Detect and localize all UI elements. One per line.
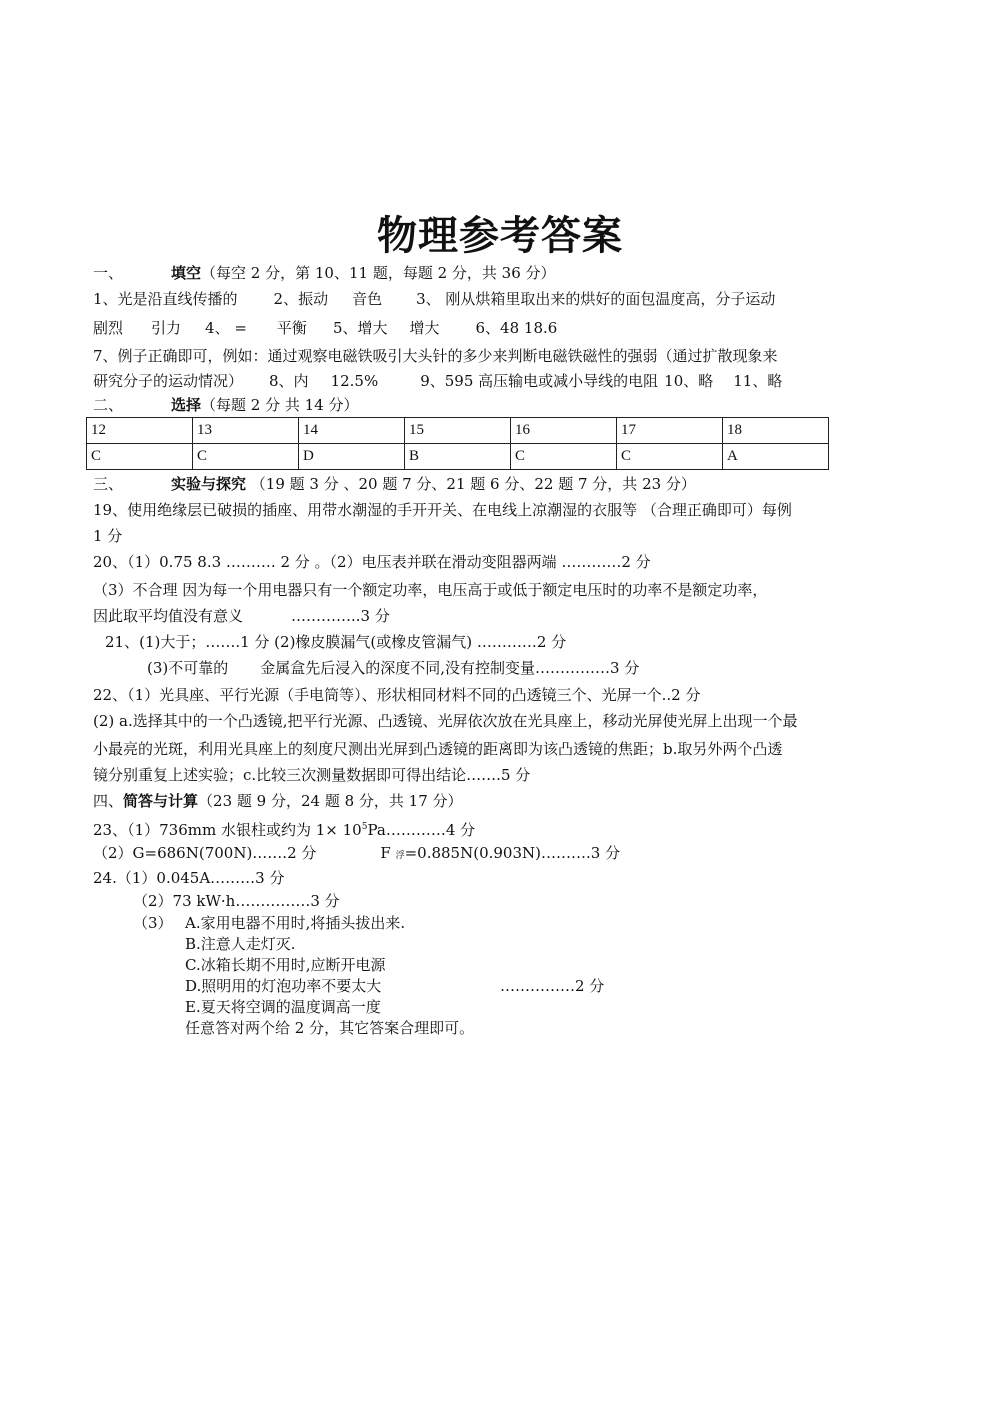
answer-22-1: 22、（1）光具座、平行光源（手电筒等）、形状相同材料不同的凸透镜三个、光屏一个… xyxy=(93,685,700,705)
answer-8a: 8、内 xyxy=(269,372,309,390)
section-4-heading: 四、简答与计算（23 题 9 分，24 题 8 分，共 17 分） xyxy=(93,791,463,811)
table-cell: 13 xyxy=(193,418,299,444)
answer-19-cont: 1 分 xyxy=(93,526,122,546)
answer-21: 21、(1)大于；…….1 分 (2)橡皮膜漏气(或橡皮管漏气) …………2 分 xyxy=(105,632,566,652)
table-cell: C xyxy=(617,444,723,470)
section-number: 三、 xyxy=(93,475,123,493)
answer-24-3-label: （3） xyxy=(133,913,173,933)
section-note: （23 题 9 分，24 题 8 分，共 17 分） xyxy=(198,792,463,810)
answer-7-cont: 研究分子的运动情况） xyxy=(93,372,243,390)
section-number: 一、 xyxy=(93,264,123,282)
section-number: 二、 xyxy=(93,396,123,414)
table-cell: C xyxy=(87,444,193,470)
answer-23-2: （2）G=686N(700N)…….2 分F 浮=0.885N(0.903N)…… xyxy=(93,843,620,866)
answer-24-3-score: ……………2 分 xyxy=(500,976,604,996)
answer-line: 剧烈引力4、 =平衡5、增大增大6、48 18.6 xyxy=(93,318,557,338)
answer-24-3-a: A.家用电器不用时,将插头拔出来. xyxy=(185,913,405,933)
answer-4b: 平衡 xyxy=(277,319,307,337)
answer-24-3-b: B.注意人走灯灭. xyxy=(185,934,296,954)
table-row-answers: C C D B C C A xyxy=(87,444,829,470)
answer-7: 7、例子正确即可，例如：通过观察电磁铁吸引大头针的多少来判断电磁铁磁性的强弱（通… xyxy=(93,346,778,366)
answer-text: F xyxy=(380,844,395,862)
answer-21-3b: 金属盒先后浸入的深度不同,没有控制变量……………3 分 xyxy=(260,659,639,677)
choice-answer-table: 12 13 14 15 16 17 18 C C D B C C A xyxy=(86,417,829,470)
answer-4a: 4、 = xyxy=(205,319,247,337)
table-cell: D xyxy=(299,444,405,470)
answer-22-2: (2) a.选择其中的一个凸透镜,把平行光源、凸透镜、光屏依次放在光具座上，移动… xyxy=(93,711,798,731)
table-cell: 18 xyxy=(723,418,829,444)
answer-19: 19、使用绝缘层已破损的插座、用带水潮湿的手开开关、在电线上凉潮湿的衣服等 （合… xyxy=(93,500,792,520)
answer-23-2a: （2）G=686N(700N)…….2 分 xyxy=(93,844,316,862)
answer-20-3: （3）不合理 因为每一个用电器只有一个额定功率，电压高于或低于额定电压时的功率不… xyxy=(93,580,767,600)
answer-3-cont: 剧烈 xyxy=(93,319,123,337)
answer-24-1: 24.（1）0.045A………3 分 xyxy=(93,868,285,888)
table-cell: 12 xyxy=(87,418,193,444)
table-cell: A xyxy=(723,444,829,470)
answer-2a: 2、振动 xyxy=(274,290,329,308)
answer-24-3-d: D.照明用的灯泡功率不要太大 xyxy=(185,976,381,996)
table-cell: 17 xyxy=(617,418,723,444)
answer-text: =0.885N(0.903N)……….3 分 xyxy=(405,844,621,862)
answer-23-1: 23、（1）736mm 水银柱或约为 1× 105Pa…………4 分 xyxy=(93,817,475,840)
section-3-heading: 三、实验与探究 （19 题 3 分 、20 题 7 分、21 题 6 分、22 … xyxy=(93,474,696,494)
section-note: （每题 2 分 共 14 分） xyxy=(201,396,358,414)
section-1-heading: 一、填空（每空 2 分，第 10、11 题，每题 2 分，共 36 分） xyxy=(93,263,556,283)
answer-20: 20、（1）0.75 8.3 ………. 2 分 。（2）电压表并联在滑动变阻器两… xyxy=(93,552,651,572)
answer-9: 9、595 高压输电或减小导线的电阻 xyxy=(420,372,658,390)
table-cell: C xyxy=(511,444,617,470)
section-number: 四、 xyxy=(93,792,123,810)
table-cell: 15 xyxy=(405,418,511,444)
answer-21-3a: (3)不可靠的 xyxy=(147,659,228,677)
table-cell: 14 xyxy=(299,418,405,444)
section-note: （19 题 3 分 、20 题 7 分、21 题 6 分、22 题 7 分，共 … xyxy=(246,475,696,493)
answer-line: 因此取平均值没有意义…………..3 分 xyxy=(93,606,390,626)
answer-6: 6、48 18.6 xyxy=(476,319,558,337)
answer-8b: 12.5% xyxy=(331,372,379,390)
answer-24-3-c: C.冰箱长期不用时,应断开电源 xyxy=(185,955,385,975)
answer-24-2: （2）73 kW·h……………3 分 xyxy=(133,891,340,911)
answer-5b: 增大 xyxy=(409,319,439,337)
answer-line: 研究分子的运动情况）8、内12.5%9、595 高压输电或减小导线的电阻10、略… xyxy=(93,371,782,391)
answer-22-2-cont: 镜分别重复上述实验；c.比较三次测量数据即可得出结论…….5 分 xyxy=(93,765,530,785)
section-note: （每空 2 分，第 10、11 题，每题 2 分，共 36 分） xyxy=(201,264,556,282)
table-cell: C xyxy=(193,444,299,470)
answer-text: 23、（1）736mm 水银柱或约为 1× 10 xyxy=(93,821,362,839)
answer-10: 10、略 xyxy=(664,372,713,390)
subscript: 浮 xyxy=(396,851,405,861)
answer-line: (3)不可靠的金属盒先后浸入的深度不同,没有控制变量……………3 分 xyxy=(147,658,639,678)
answer-3b: 引力 xyxy=(151,319,181,337)
section-name: 选择 xyxy=(171,396,201,414)
table-row-questions: 12 13 14 15 16 17 18 xyxy=(87,418,829,444)
section-name: 填空 xyxy=(171,264,201,282)
table-cell: B xyxy=(405,444,511,470)
answer-22-2-cont: 小最亮的光斑，利用光具座上的刻度尺测出光屏到凸透镜的距离即为该凸透镜的焦距；b.… xyxy=(93,739,782,759)
section-2-heading: 二、选择（每题 2 分 共 14 分） xyxy=(93,395,359,415)
answer-20-3-score: …………..3 分 xyxy=(291,607,390,625)
answer-24-3-e: E.夏天将空调的温度调高一度 xyxy=(185,997,381,1017)
answer-24-3-note: 任意答对两个给 2 分，其它答案合理即可。 xyxy=(185,1018,474,1038)
answer-line: 1、光是沿直线传播的2、振动音色3、 刚从烘箱里取出来的烘好的面包温度高，分子运… xyxy=(93,289,775,309)
section-name: 实验与探究 xyxy=(171,475,246,493)
answer-3: 3、 刚从烘箱里取出来的烘好的面包温度高，分子运动 xyxy=(416,290,775,308)
section-name: 简答与计算 xyxy=(123,792,198,810)
answer-5a: 5、增大 xyxy=(333,319,388,337)
answer-11: 11、略 xyxy=(733,372,782,390)
table-cell: 16 xyxy=(511,418,617,444)
page-title: 物理参考答案 xyxy=(0,208,1000,264)
answer-1: 1、光是沿直线传播的 xyxy=(93,290,238,308)
answer-20-3-cont: 因此取平均值没有意义 xyxy=(93,607,243,625)
answer-2b: 音色 xyxy=(352,290,382,308)
answer-text: Pa…………4 分 xyxy=(367,821,475,839)
